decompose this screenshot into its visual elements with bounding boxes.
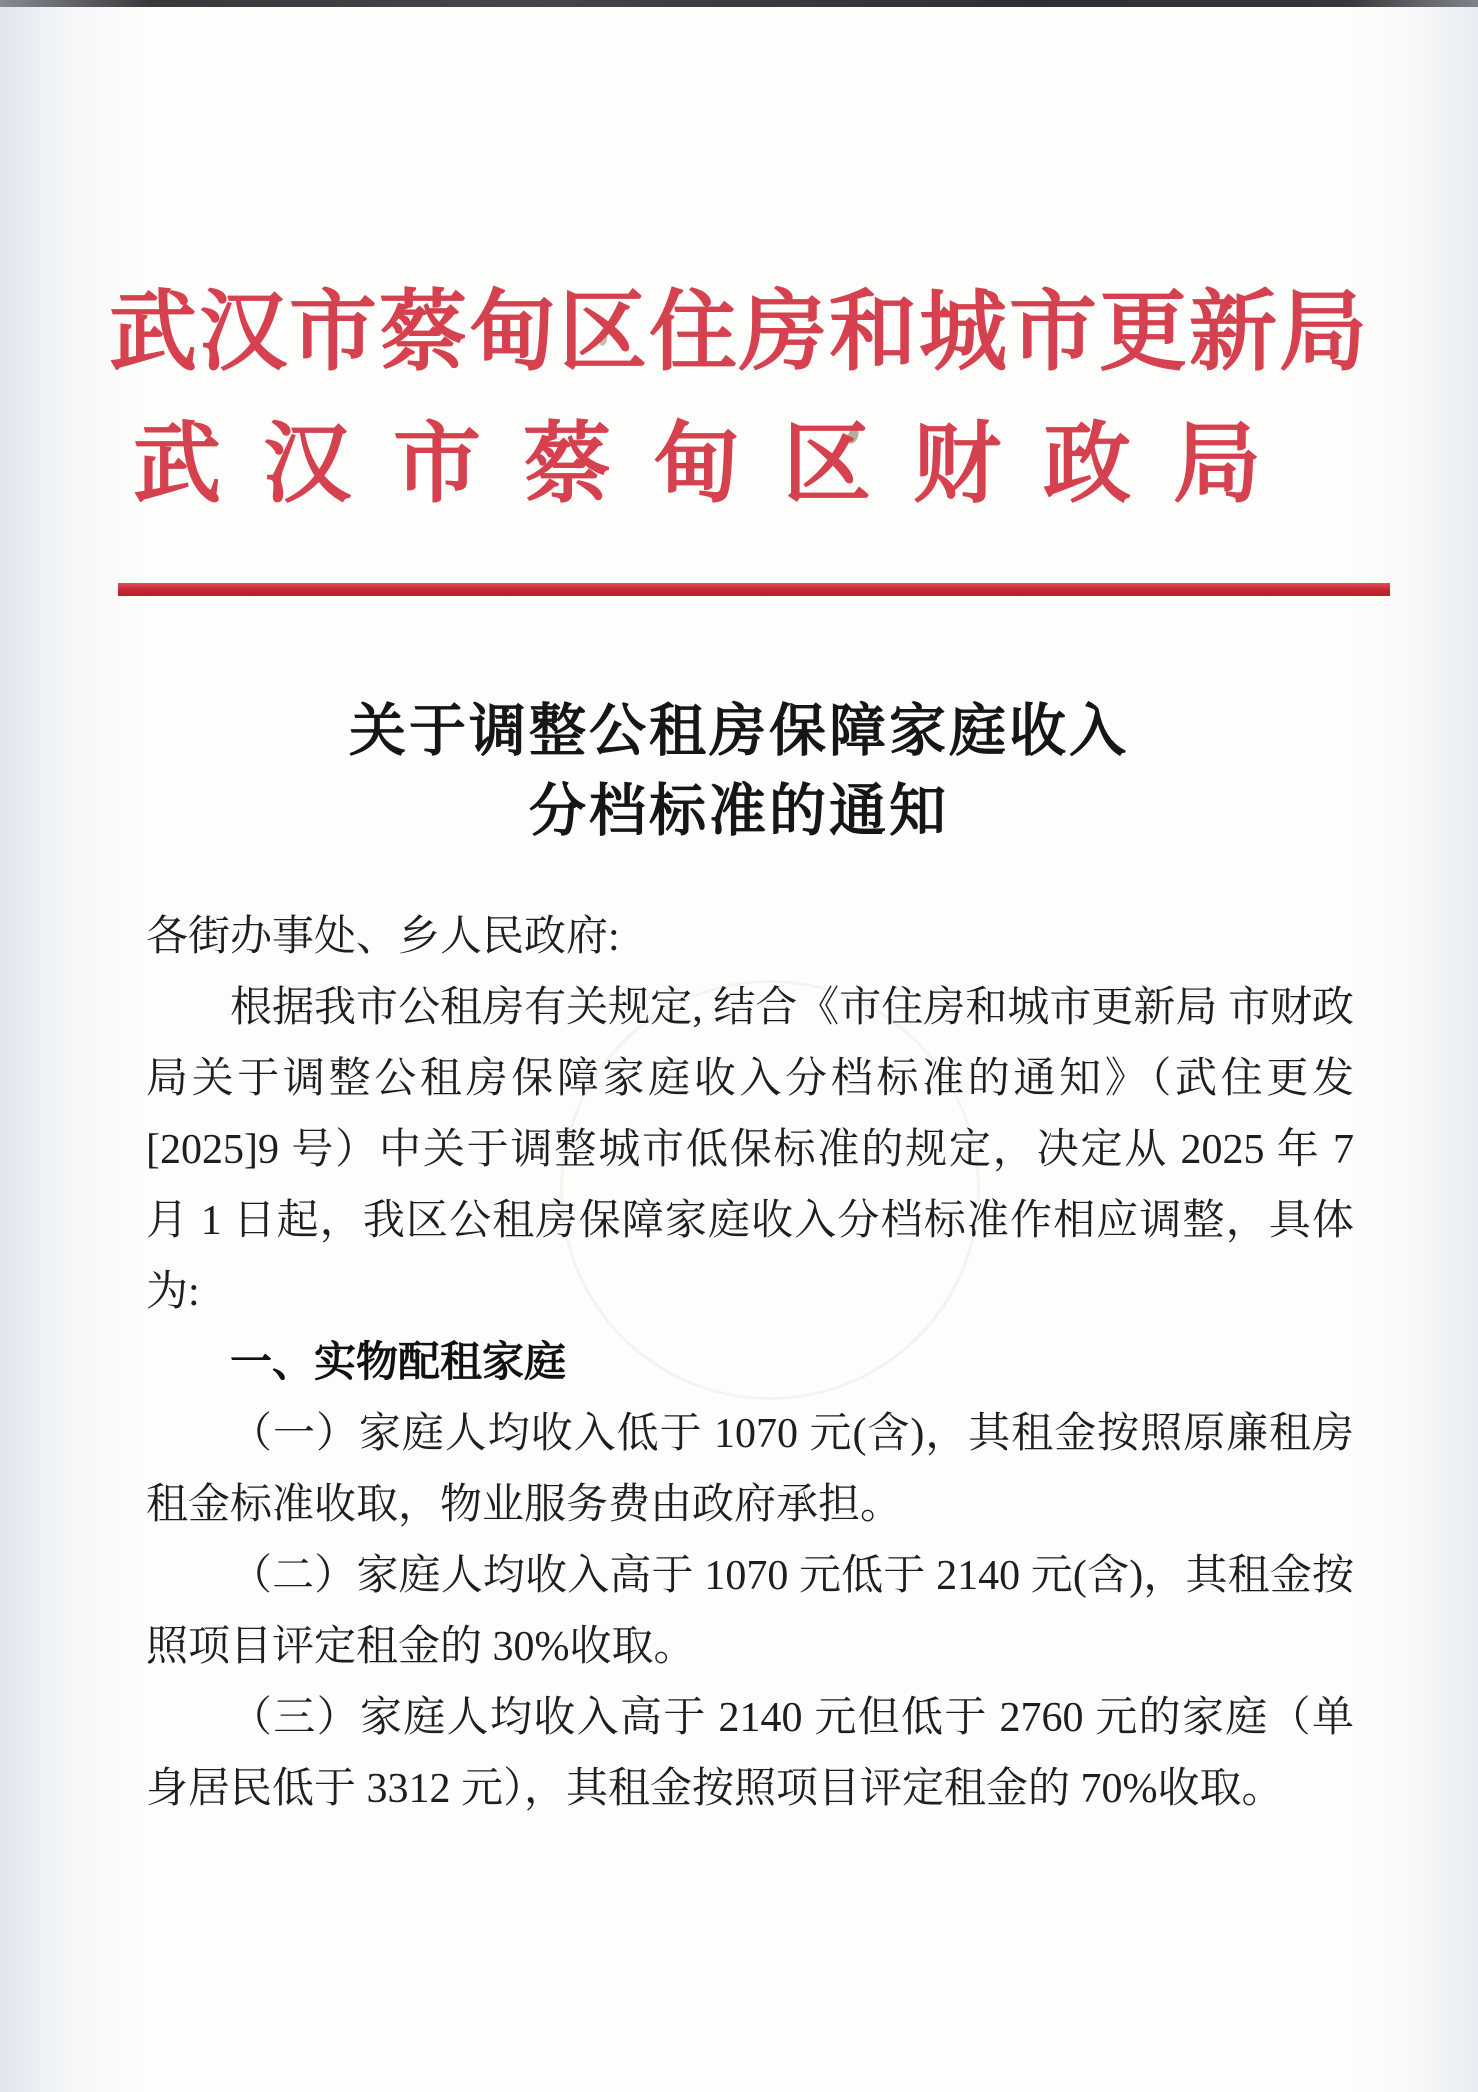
paragraph-basis: 根据我市公租房有关规定, 结合《市住房和城市更新局 市财政局关于调整公租房保障家…: [146, 973, 1354, 1328]
paragraph-tier-2: （二）家庭人均收入高于 1070 元低于 2140 元(含)，其租金按照项目评定…: [146, 1541, 1354, 1683]
document-page: 武汉市蔡甸区住房和城市更新局 武汉市蔡甸区财政局 关于调整公租房保障家庭收入 分…: [0, 0, 1478, 2092]
document-title-line1: 关于调整公租房保障家庭收入: [0, 692, 1478, 772]
scan-edge-top: [0, 0, 1478, 7]
salutation: 各街办事处、乡人民政府:: [146, 902, 1354, 973]
letterhead: 武汉市蔡甸区住房和城市更新局 武汉市蔡甸区财政局: [0, 282, 1478, 518]
document-title: 关于调整公租房保障家庭收入 分档标准的通知: [0, 692, 1478, 852]
document-body: 各街办事处、乡人民政府: 根据我市公租房有关规定, 结合《市住房和城市更新局 市…: [146, 902, 1354, 1825]
paragraph-tier-1: （一）家庭人均收入低于 1070 元(含)，其租金按照原廉租房租金标准收取，物业…: [146, 1399, 1354, 1541]
issuing-agency-line1: 武汉市蔡甸区住房和城市更新局: [0, 282, 1478, 386]
section-heading-physical-allocation: 一、实物配租家庭: [146, 1328, 1354, 1399]
letterhead-divider: [118, 583, 1390, 596]
issuing-agency-line2: 武汉市蔡甸区财政局: [0, 414, 1457, 518]
document-title-line2: 分档标准的通知: [0, 772, 1478, 852]
paragraph-tier-3: （三）家庭人均收入高于 2140 元但低于 2760 元的家庭（单身居民低于 3…: [146, 1683, 1354, 1825]
